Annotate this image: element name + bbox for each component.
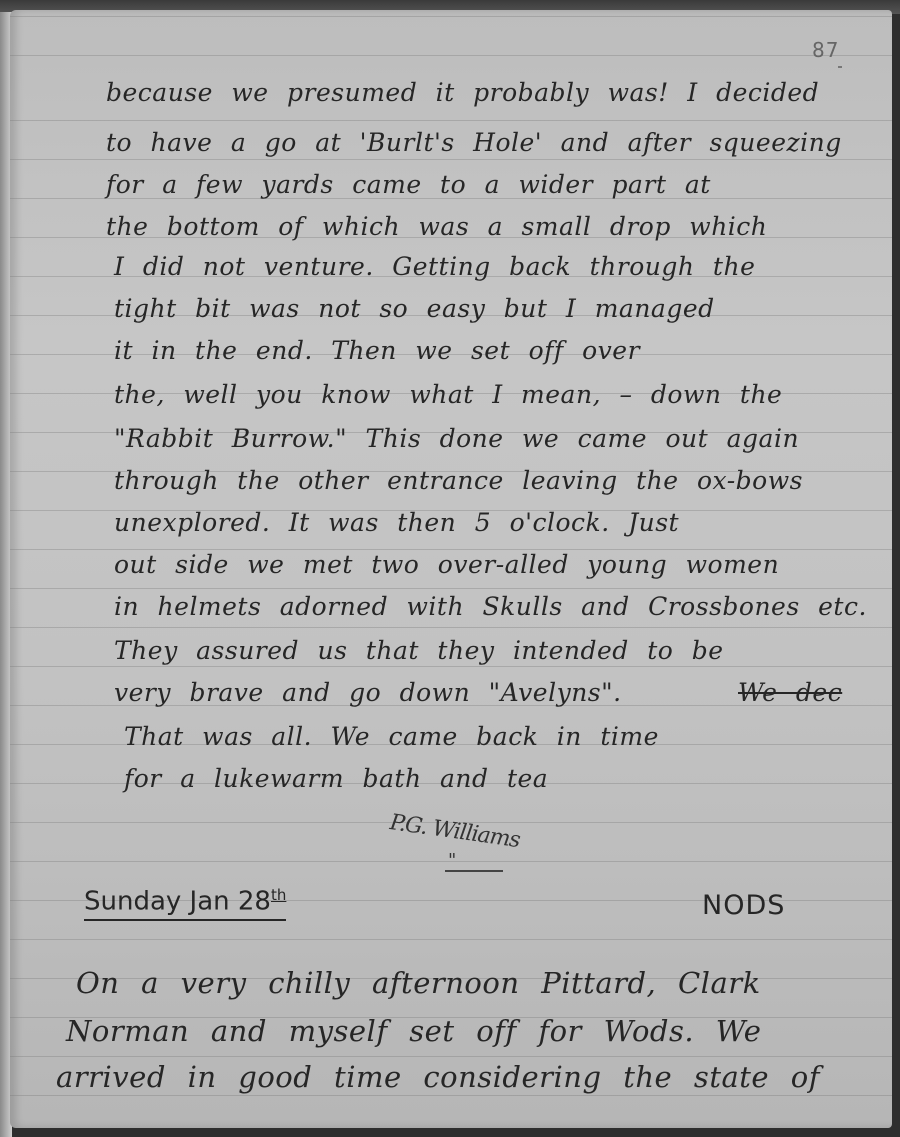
text-line: because we presumed it probably was! I d… [106, 78, 819, 107]
text-line: for a lukewarm bath and tea [124, 764, 548, 793]
text-line: it in the end. Then we set off over [114, 336, 640, 365]
date-suffix: th [271, 886, 286, 904]
page-number: 87 [812, 38, 839, 62]
text-line: That was all. We came back in time [124, 722, 659, 751]
entry-place-heading: NODS [702, 890, 785, 921]
struck-out-text: We dec [738, 678, 842, 707]
signature-mark: " [448, 850, 456, 871]
text-line: I did not venture. Getting back through … [114, 252, 755, 281]
text-line: the, well you know what I mean, – down t… [114, 380, 782, 409]
text-line: arrived in good time considering the sta… [56, 1060, 820, 1094]
text-line: the bottom of which was a small drop whi… [106, 212, 767, 241]
text-line: very brave and go down "Avelyns". [114, 678, 622, 707]
text-line: They assured us that they intended to be [114, 636, 724, 665]
text-line: On a very chilly afternoon Pittard, Clar… [76, 966, 761, 1000]
text-line: for a few yards came to a wider part at [106, 170, 711, 199]
text-line: tight bit was not so easy but I managed [114, 294, 715, 323]
text-line: through the other entrance leaving the o… [114, 466, 803, 495]
text-line: "Rabbit Burrow." This done we came out a… [114, 424, 799, 453]
text-line: unexplored. It was then 5 o'clock. Just [114, 508, 679, 537]
date-text: Sunday Jan 28 [84, 887, 271, 917]
entry-date-heading: Sunday Jan 28th [84, 886, 286, 921]
text-line: in helmets adorned with Skulls and Cross… [114, 592, 867, 621]
signature-underline [445, 870, 503, 872]
text-line: Norman and myself set off for Wods. We [66, 1014, 761, 1048]
text-line: out side we met two over-alled young wom… [114, 550, 779, 579]
text-line: to have a go at 'Burlt's Hole' and after… [106, 128, 842, 157]
notebook-page: 87 because we presumed it probably was! … [10, 10, 892, 1128]
